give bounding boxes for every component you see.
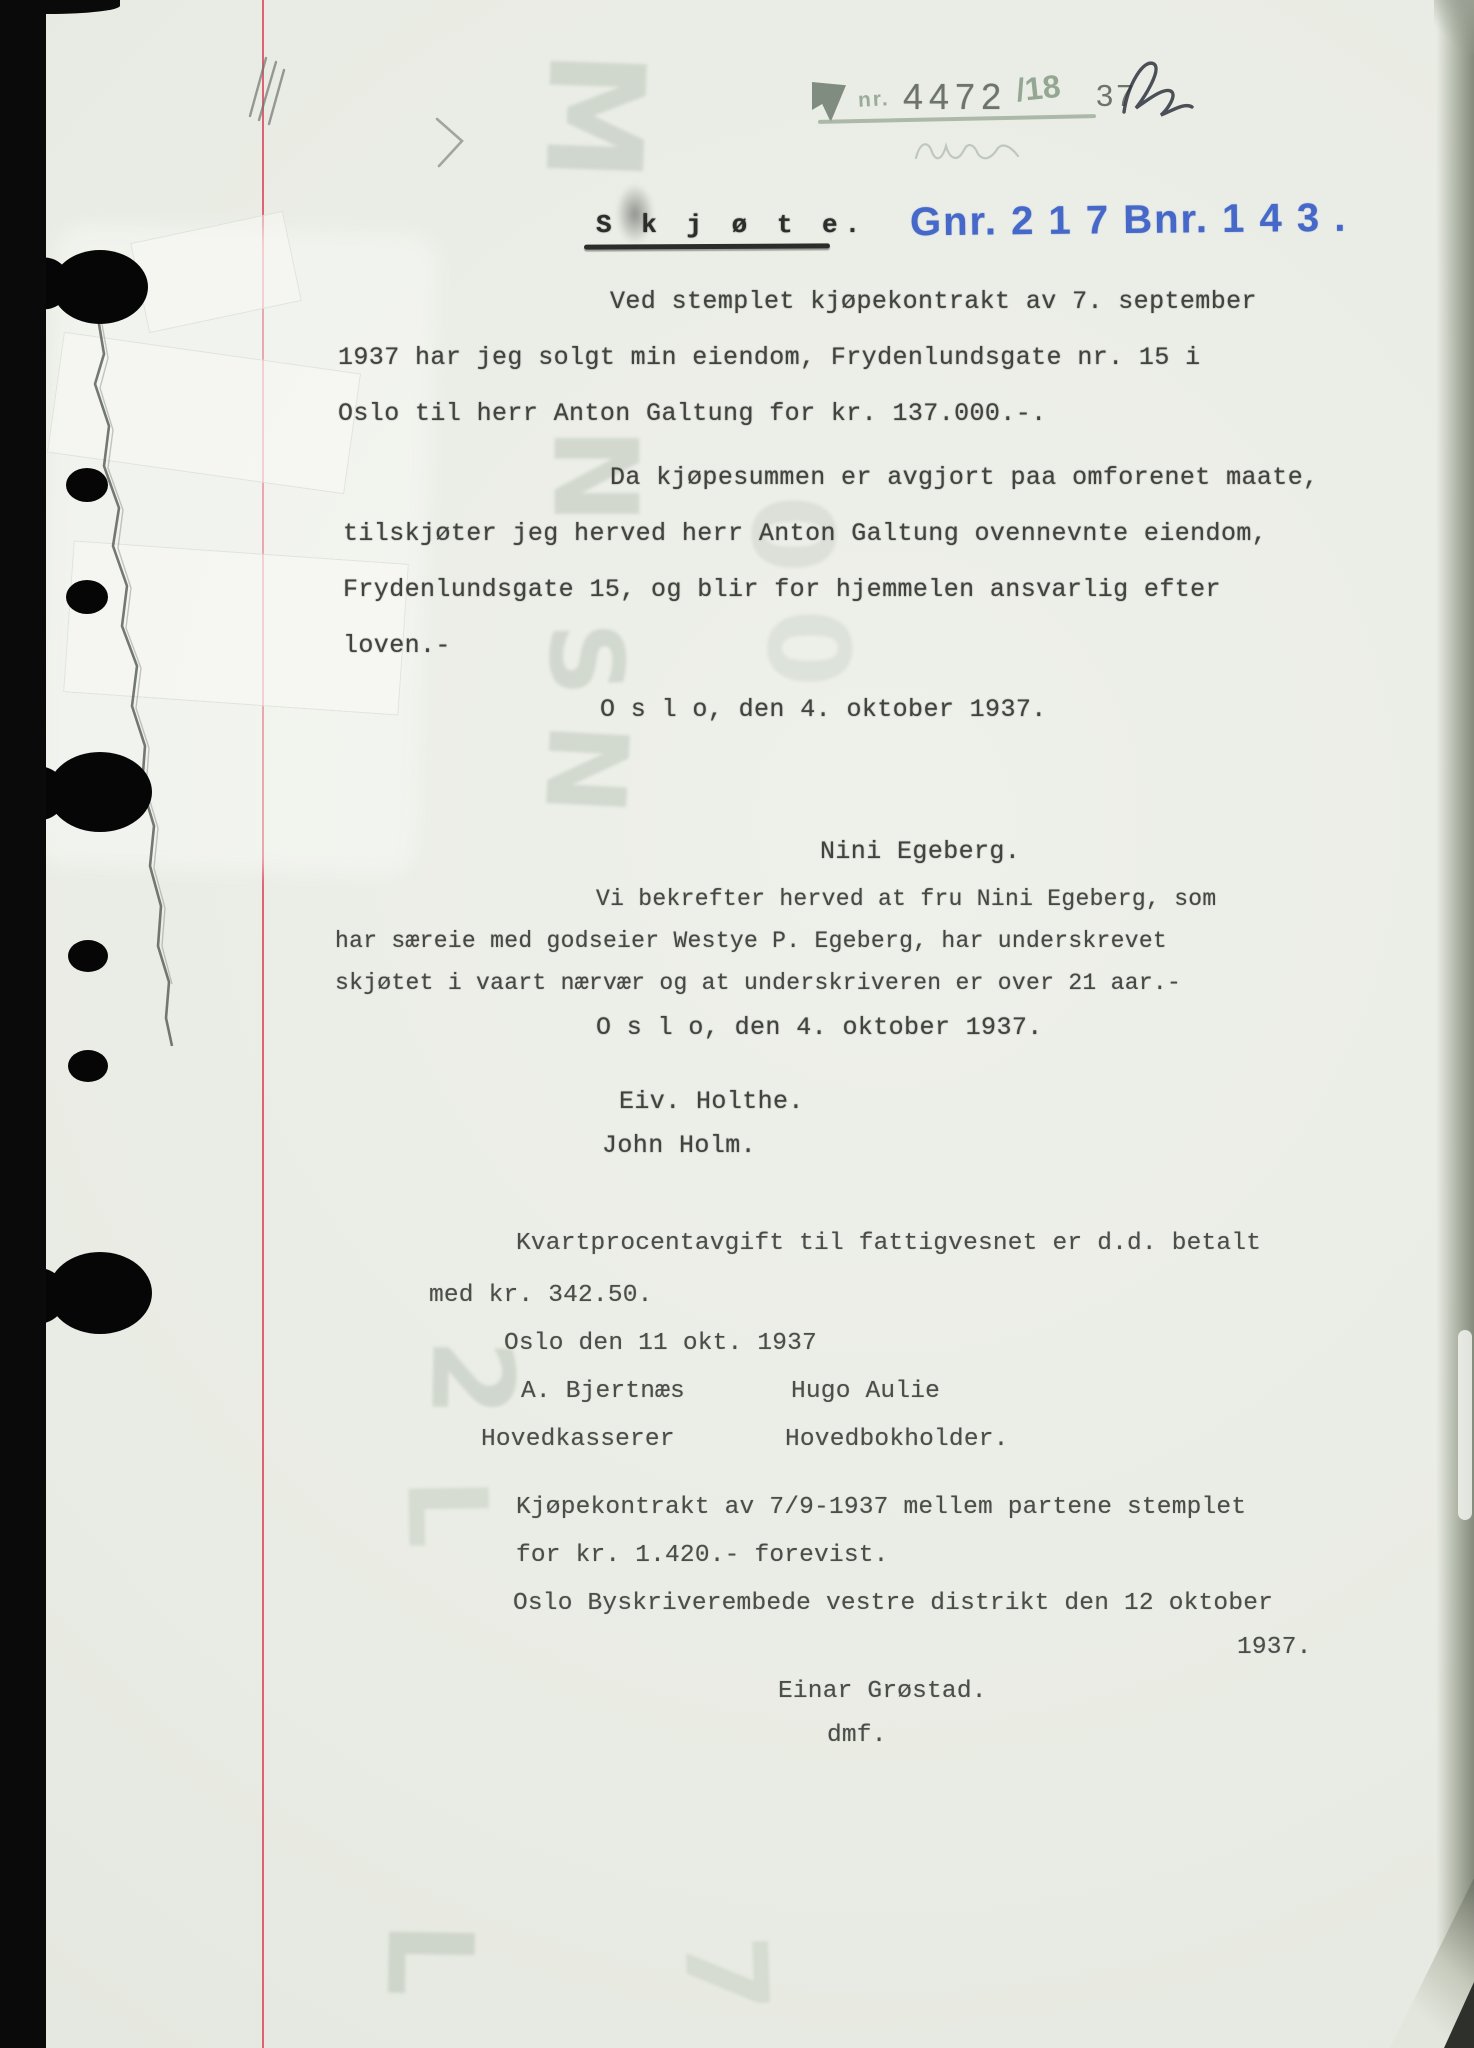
paper-watermark-glyph: S xyxy=(532,621,637,698)
deed-text-line: Frydenlundsgate 15, og blir for hjemmele… xyxy=(343,576,1221,605)
tax-note-line: med kr. 342.50. xyxy=(429,1282,653,1310)
paper-watermark-glyph: 7 xyxy=(668,1933,783,2015)
deed-text-line: Da kjøpesummen er avgjort paa omforenet … xyxy=(610,464,1319,493)
paper-watermark-glyph: L xyxy=(391,1477,502,1549)
deed-text-line: 1937 har jeg solgt min eiendom, Frydenlu… xyxy=(338,344,1201,373)
title-underline xyxy=(584,243,830,249)
faint-signature xyxy=(912,134,1032,166)
deed-dateline: O s l o, den 4. oktober 1937. xyxy=(600,696,1047,725)
deed-dateline: O s l o, den 4. oktober 1937. xyxy=(596,1014,1043,1043)
tax-signature-title: Hovedbokholder. xyxy=(785,1426,1009,1454)
pencil-scribble xyxy=(244,52,292,128)
registry-number: Gnr. 2 1 7 Bnr. 1 4 3 . xyxy=(910,196,1348,246)
seller-signature: Nini Egeberg. xyxy=(820,838,1020,867)
registration-note-line: Kjøpekontrakt av 7/9-1937 mellem partene… xyxy=(516,1494,1246,1522)
deed-text-line: tilskjøter jeg herved herr Anton Galtung… xyxy=(343,520,1267,549)
paper-watermark-glyph: 0 xyxy=(751,609,863,687)
paper-tear xyxy=(58,318,198,1048)
hole-punch xyxy=(52,250,148,324)
hole-punch xyxy=(48,1252,152,1334)
deed-title: S k j ø t e. xyxy=(596,210,867,240)
registration-note-line: 1937. xyxy=(1237,1634,1312,1662)
tax-signature-title: Hovedkasserer xyxy=(481,1426,675,1454)
page-corner-shadow xyxy=(1434,0,1474,54)
tax-signature-name: A. Bjertnæs xyxy=(521,1378,685,1406)
scan-edge-corner xyxy=(0,0,120,14)
registrar-abbreviation: dmf. xyxy=(827,1722,887,1750)
scan-edge-left xyxy=(0,0,46,2048)
stamp-fraction: /18 xyxy=(1014,68,1062,109)
hole-punch xyxy=(66,580,108,614)
stamp-ink-blot xyxy=(812,82,846,122)
registrar-signature: Einar Grøstad. xyxy=(778,1678,987,1706)
deed-text-line: Oslo til herr Anton Galtung for kr. 137.… xyxy=(338,400,1047,429)
registration-note-line: for kr. 1.420.- forevist. xyxy=(516,1542,889,1570)
deed-text-line: Ved stemplet kjøpekontrakt av 7. septemb… xyxy=(610,288,1257,317)
hole-punch xyxy=(48,752,152,832)
witness-statement-line: har særeie med godseier Westye P. Egeber… xyxy=(335,928,1167,954)
paper-watermark-glyph: L xyxy=(370,1920,489,1997)
registration-note-line: Oslo Byskriverembede vestre distrikt den… xyxy=(513,1590,1273,1618)
scan-edge-notch xyxy=(0,1978,26,2018)
page-edge-sliver xyxy=(1458,1330,1472,1520)
witness-signature: Eiv. Holthe. xyxy=(619,1088,804,1117)
tax-note-line: Kvartprocentavgift til fattigvesnet er d… xyxy=(516,1230,1261,1258)
stamp-prefix: nr. xyxy=(857,87,890,113)
paper-watermark-glyph: N xyxy=(529,720,644,818)
deed-text-line: loven.- xyxy=(343,632,451,661)
witness-statement-line: Vi bekrefter herved at fru Nini Egeberg,… xyxy=(596,886,1217,912)
page-edge-right xyxy=(1436,0,1474,2048)
witness-statement-line: skjøtet i vaart nærvær og at underskrive… xyxy=(335,970,1181,996)
hole-punch xyxy=(68,1050,108,1082)
handwritten-initial xyxy=(1112,50,1204,128)
tax-note-line: Oslo den 11 okt. 1937 xyxy=(504,1330,817,1358)
hole-punch xyxy=(68,940,108,972)
stamp-number: 4472 xyxy=(903,76,1007,118)
pencil-chevron-mark xyxy=(434,116,468,170)
hole-punch xyxy=(66,468,108,502)
scanned-deed-page: M N S N 0 0 2 L L 7 nr. 4472 /18 37 S k … xyxy=(0,0,1474,2048)
witness-signature: John Holm. xyxy=(602,1132,756,1161)
paper-watermark-glyph: M xyxy=(525,48,662,184)
tax-signature-name: Hugo Aulie xyxy=(791,1378,940,1406)
